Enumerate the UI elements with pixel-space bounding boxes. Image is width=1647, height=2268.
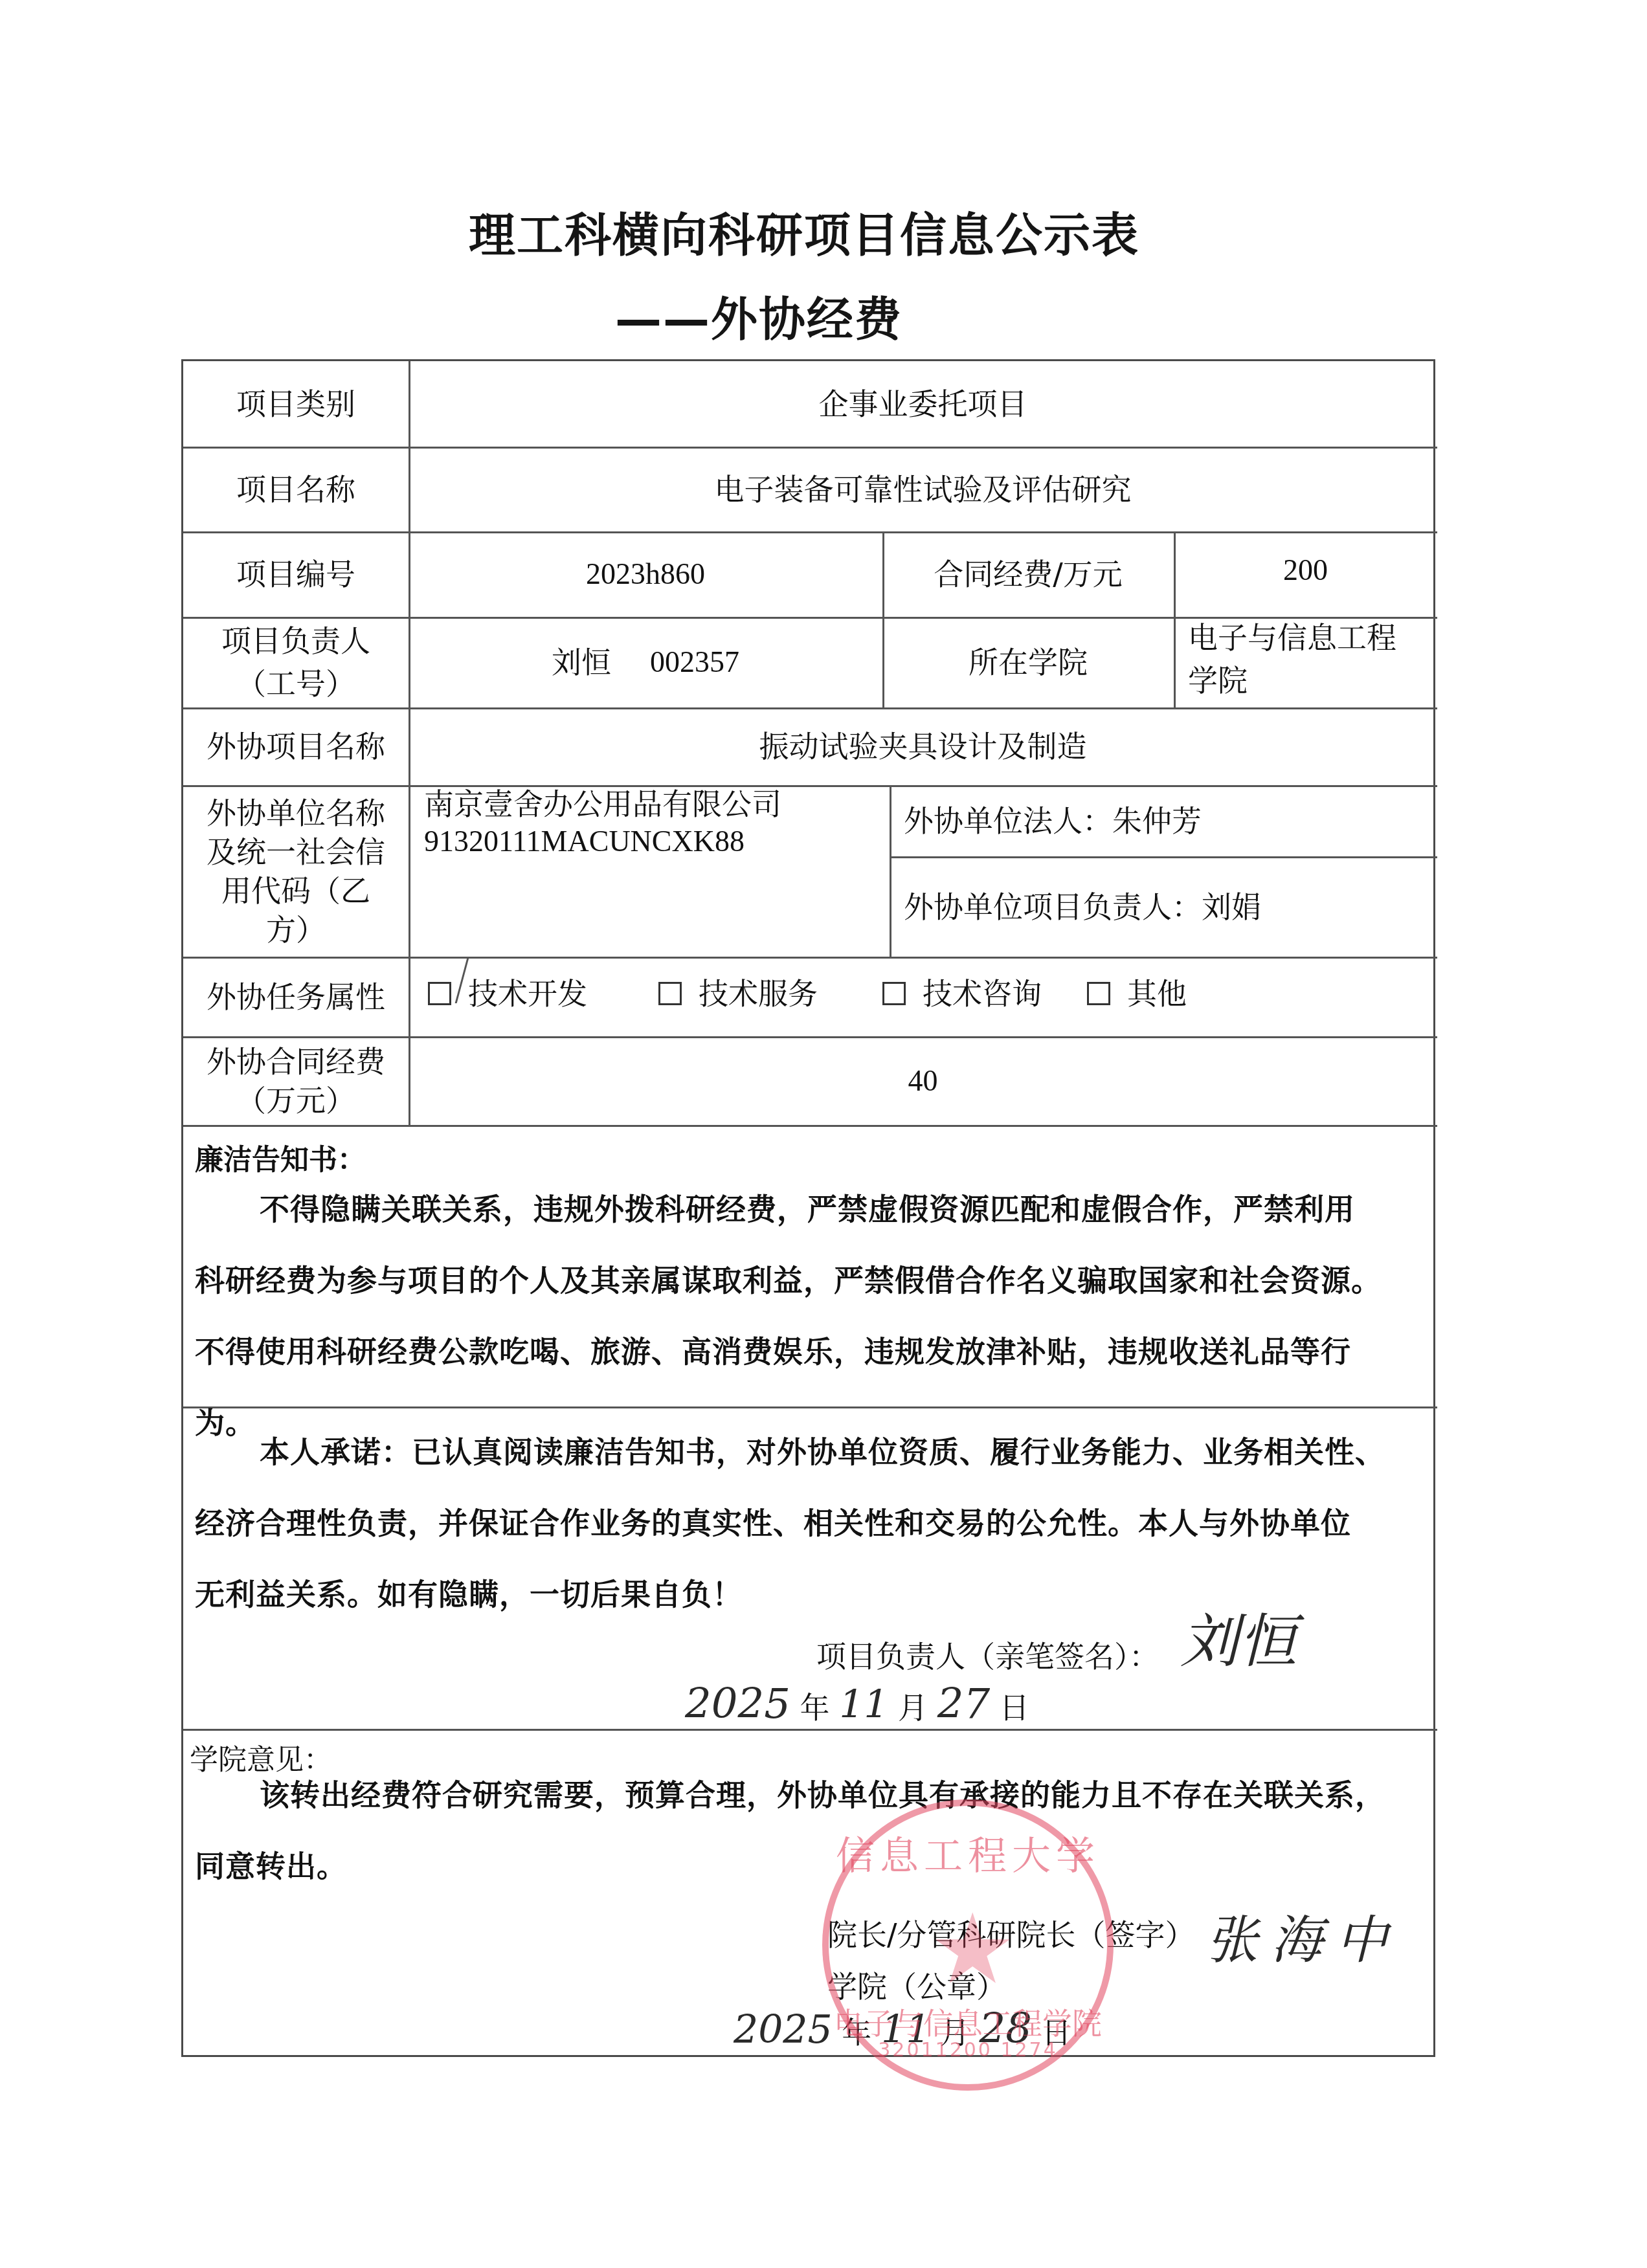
label-outsourced-unit: 外协单位名称 及统一社会信 用代码（乙 方） bbox=[183, 785, 409, 957]
label-line: 方） bbox=[266, 910, 326, 949]
option-tech-development[interactable]: 技术开发 bbox=[428, 972, 587, 1015]
checkbox-icon[interactable] bbox=[1087, 982, 1110, 1005]
date-day: 27 bbox=[937, 1680, 990, 1728]
info-table: 项目类别 企事业委托项目 项目名称 电子装备可靠性试验及评估研究 项目编号 20… bbox=[181, 359, 1435, 2057]
legal-person-label: 外协单位法人： bbox=[904, 799, 1112, 842]
notice-line: 不得隐瞒关联关系，违规外拨科研经费，严禁虚假资源匹配和虚假合作，严禁利用 bbox=[195, 1173, 1425, 1245]
label-line: （万元） bbox=[236, 1081, 355, 1120]
page-title: 理工科横向科研项目信息公示表 bbox=[0, 197, 1628, 265]
value-project-leader: 刘恒 002357 bbox=[409, 617, 882, 707]
notice-line: 不得使用科研经费公款吃喝、旅游、高消费娱乐，违规发放津补贴，违规收送礼品等行 bbox=[195, 1316, 1425, 1387]
college-line: 学院 bbox=[1188, 659, 1248, 702]
dean-signature: 张海中 bbox=[1206, 1898, 1400, 1973]
option-label: 其他 bbox=[1127, 972, 1187, 1015]
date-month: 11 bbox=[881, 2007, 930, 2052]
checkbox-checked-icon[interactable] bbox=[428, 982, 451, 1005]
integrity-notice-text: 不得隐瞒关联关系，违规外拨科研经费，严禁虚假资源匹配和虚假合作，严禁利用 科研经… bbox=[195, 1173, 1425, 1458]
unit-leader-label: 外协单位项目负责人： bbox=[904, 885, 1202, 928]
legal-person: 外协单位法人： 朱仲芳 bbox=[890, 785, 1437, 856]
date-year-label: 年 bbox=[800, 1690, 830, 1725]
task-type-options: 技术开发 技术服务 技术咨询 其他 bbox=[409, 953, 1437, 1033]
unit-leader: 外协单位项目负责人： 刘娟 bbox=[890, 856, 1437, 957]
page-subtitle: ——外协经费 bbox=[0, 282, 1582, 349]
value-project-name: 电子装备可靠性试验及评估研究 bbox=[409, 447, 1437, 531]
option-label: 技术咨询 bbox=[923, 972, 1042, 1015]
date-day-label: 日 bbox=[1000, 1690, 1029, 1725]
opinion-line: 该转出经费符合研究需要，预算合理，外协单位具有承接的能力且不存在关联关系， bbox=[195, 1759, 1425, 1830]
date-day-label: 日 bbox=[1042, 2015, 1071, 2050]
option-tech-service[interactable]: 技术服务 bbox=[658, 972, 818, 1015]
value-outsourced-project-name: 振动试验夹具设计及制造 bbox=[409, 707, 1437, 785]
label-contract-funds: 合同经费/万元 bbox=[882, 531, 1174, 617]
credit-code: 91320111MACUNCXK88 bbox=[424, 823, 745, 860]
dean-signature-label: 院长/分管科研院长（签字） bbox=[827, 1911, 1195, 1954]
value-project-number: 2023h860 bbox=[409, 531, 882, 617]
value-outsourced-unit: 南京壹舍办公用品有限公司 91320111MACUNCXK88 bbox=[409, 785, 890, 957]
option-other[interactable]: 其他 bbox=[1087, 972, 1187, 1015]
option-label: 技术开发 bbox=[468, 972, 587, 1015]
value-project-category: 企事业委托项目 bbox=[409, 361, 1437, 447]
label-line: 及统一社会信 bbox=[207, 832, 385, 871]
leader-name: 刘恒 bbox=[552, 641, 611, 684]
date-year: 2025 bbox=[734, 2007, 833, 2052]
college-line: 电子与信息工程 bbox=[1188, 616, 1396, 659]
label-line: 外协单位名称 bbox=[207, 794, 385, 832]
value-outsourced-funds: 40 bbox=[409, 1036, 1437, 1125]
label-project-name: 项目名称 bbox=[183, 447, 409, 531]
label-project-category: 项目类别 bbox=[183, 361, 409, 447]
opinion-date: 2025 年 11 月 28 日 bbox=[734, 2005, 1071, 2053]
label-line: 用代码（乙 bbox=[221, 871, 370, 910]
label-outsourced-project-name: 外协项目名称 bbox=[183, 707, 409, 785]
commitment-line: 本人承诺：已认真阅读廉洁告知书，对外协单位资质、履行业务能力、业务相关性、 bbox=[195, 1416, 1425, 1487]
legal-person-value: 朱仲芳 bbox=[1112, 799, 1202, 842]
leader-signature: 刘恒 bbox=[1180, 1594, 1297, 1678]
opinion-line: 同意转出。 bbox=[195, 1830, 1425, 1902]
row-divider bbox=[183, 1729, 1437, 1731]
label-college: 所在学院 bbox=[882, 617, 1174, 707]
label-outsourced-funds: 外协合同经费 （万元） bbox=[183, 1036, 409, 1125]
date-month: 11 bbox=[839, 1682, 888, 1728]
value-contract-funds: 200 bbox=[1174, 531, 1437, 609]
checkbox-icon[interactable] bbox=[658, 982, 682, 1005]
commitment-line: 经济合理性负责，并保证合作业务的真实性、相关性和交易的公允性。本人与外协单位 bbox=[195, 1487, 1425, 1559]
label-task-type: 外协任务属性 bbox=[183, 957, 409, 1036]
date-day: 28 bbox=[980, 2005, 1032, 2053]
integrity-notice-title: 廉洁告知书： bbox=[195, 1137, 366, 1178]
date-month-label: 月 bbox=[898, 1690, 928, 1725]
label-line: 项目负责人 bbox=[221, 619, 370, 662]
seal-label: 学院（公章） bbox=[827, 1963, 1006, 2006]
leader-id: 002357 bbox=[650, 641, 739, 684]
date-month-label: 月 bbox=[940, 2015, 970, 2050]
value-college: 电子与信息工程 学院 bbox=[1174, 614, 1437, 704]
option-tech-consulting[interactable]: 技术咨询 bbox=[882, 972, 1042, 1015]
leader-signature-label: 项目负责人（亲笔签名）： bbox=[816, 1633, 1159, 1676]
unit-leader-value: 刘娟 bbox=[1202, 885, 1261, 928]
label-line: （工号） bbox=[236, 662, 355, 705]
college-opinion-text: 该转出经费符合研究需要，预算合理，外协单位具有承接的能力且不存在关联关系， 同意… bbox=[195, 1759, 1425, 1902]
commitment-date: 2025 年 11 月 27 日 bbox=[685, 1680, 1029, 1728]
label-project-leader: 项目负责人 （工号） bbox=[183, 617, 409, 707]
label-line: 外协合同经费 bbox=[207, 1042, 385, 1081]
row-divider bbox=[183, 1125, 1437, 1127]
company-name: 南京壹舍办公用品有限公司 bbox=[424, 785, 781, 823]
option-label: 技术服务 bbox=[699, 972, 818, 1015]
date-year-label: 年 bbox=[842, 2015, 871, 2050]
checkbox-icon[interactable] bbox=[882, 982, 906, 1005]
notice-line: 科研经费为参与项目的个人及其亲属谋取利益，严禁假借合作名义骗取国家和社会资源。 bbox=[195, 1245, 1425, 1316]
date-year: 2025 bbox=[685, 1680, 790, 1728]
label-project-number: 项目编号 bbox=[183, 531, 409, 617]
